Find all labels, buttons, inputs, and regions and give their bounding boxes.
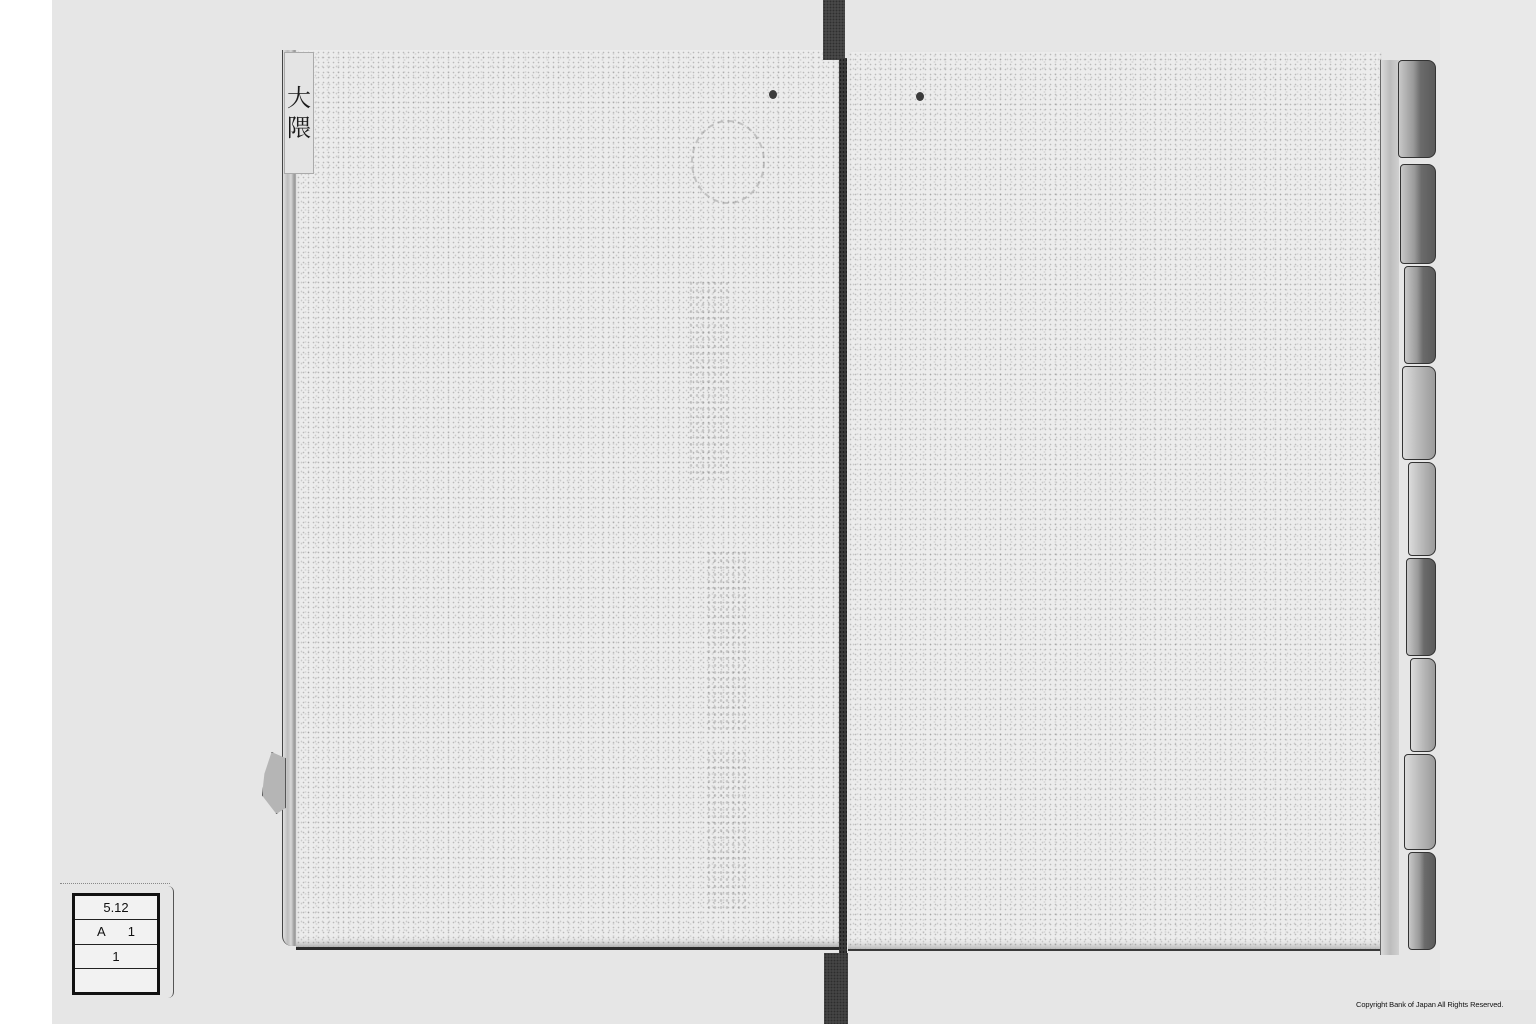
bleed-through-text <box>706 750 746 910</box>
index-tab <box>1400 164 1436 264</box>
page-stack-edge <box>1380 60 1399 955</box>
right-page <box>848 52 1382 951</box>
index-tab <box>1402 366 1436 460</box>
left-page <box>296 50 839 950</box>
label-volume: 5.12 <box>103 900 128 915</box>
binding-hole <box>916 92 924 101</box>
label-bracket <box>168 886 174 998</box>
title-slip: 大 隈 <box>284 52 314 174</box>
scan-margin <box>1440 0 1536 990</box>
spine-ribbon-top <box>823 0 845 60</box>
book-gutter <box>839 58 847 958</box>
binding-hole <box>769 90 777 99</box>
index-tab <box>1406 558 1436 656</box>
spine-ribbon-bottom <box>824 953 848 1024</box>
label-series-number: 1 <box>128 924 135 939</box>
bleed-through-text <box>706 550 746 730</box>
index-tab <box>1398 60 1436 158</box>
archive-call-number-label: 5.12 A 1 1 <box>72 893 160 995</box>
index-tab <box>1410 658 1436 752</box>
label-border-line <box>60 883 170 884</box>
label-item-number: 1 <box>112 949 119 964</box>
index-tabs <box>1380 60 1436 955</box>
copyright-notice: Copyright Bank of Japan All Rights Reser… <box>1356 1000 1503 1009</box>
label-row-4 <box>75 969 157 992</box>
index-tab <box>1408 462 1436 556</box>
index-tab <box>1408 852 1436 950</box>
label-row-3: 1 <box>75 945 157 969</box>
label-series: A <box>97 924 106 939</box>
index-tab <box>1404 754 1436 850</box>
title-char-1: 大 <box>287 86 311 110</box>
label-row-1: 5.12 <box>75 896 157 920</box>
index-tab <box>1404 266 1436 364</box>
bleed-through-text <box>688 280 728 480</box>
title-char-2: 隈 <box>287 116 311 140</box>
faded-stamp <box>691 120 765 204</box>
label-row-2: A 1 <box>75 920 157 944</box>
